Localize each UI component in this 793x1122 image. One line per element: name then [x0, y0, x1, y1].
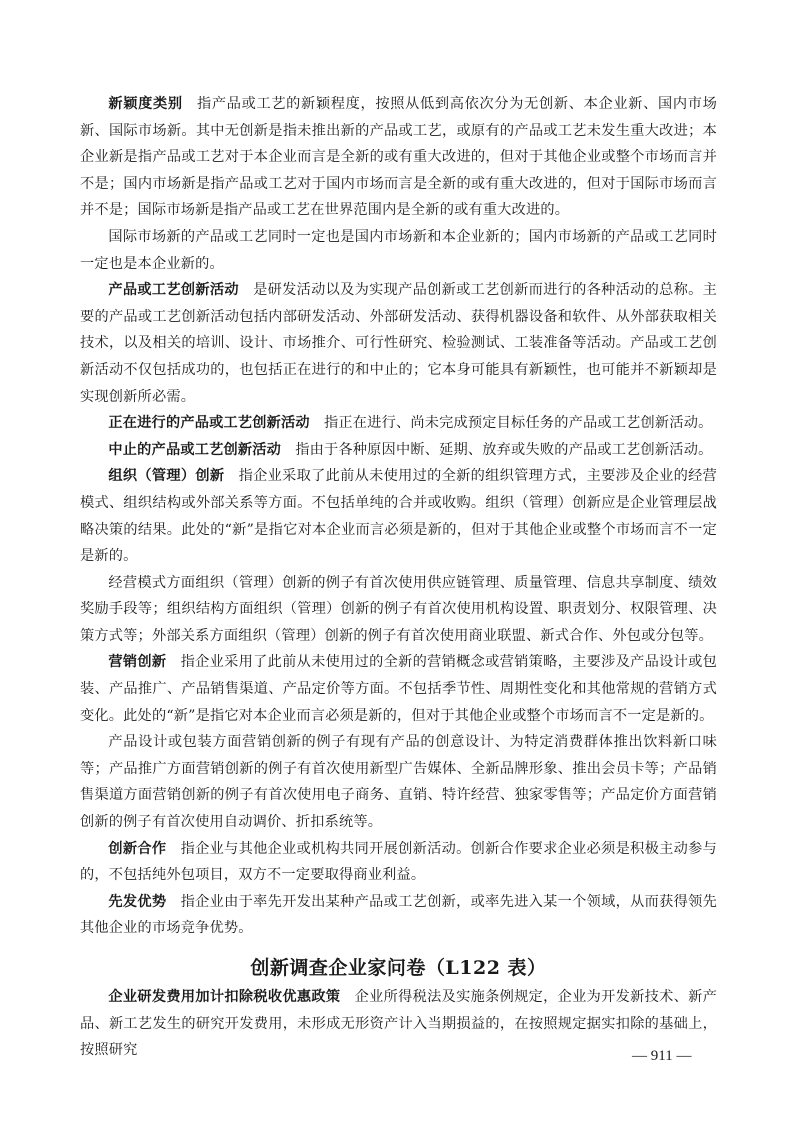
- page-number: — 911 —: [632, 1048, 691, 1065]
- term: 先发优势: [108, 894, 166, 910]
- definition-first-mover-advantage: 先发优势指企业由于率先开发出某种产品或工艺创新，或率先进入某一个领域，从而获得领…: [80, 889, 717, 942]
- definition-text: 指企业采用了此前从未使用过的全新的营销概念或营销策略，主要涉及产品设计或包装、产…: [80, 654, 717, 723]
- definition-novelty-category: 新颖度类别指产品或工艺的新颖程度，按照从低到高依次分为无创新、本企业新、国内市场…: [80, 91, 717, 224]
- definition-text: 指企业由于率先开发出某种产品或工艺创新，或率先进入某一个领域，从而获得领先其他企…: [80, 894, 717, 937]
- term: 产品或工艺创新活动: [108, 282, 239, 298]
- definition-aborted-activity: 中止的产品或工艺创新活动指由于各种原因中断、延期、放弃或失败的产品或工艺创新活动…: [80, 437, 717, 464]
- definition-rd-tax-deduction: 企业研发费用加计扣除税收优惠政策企业所得税法及实施条例规定，企业为开发新技术、新…: [80, 984, 717, 1064]
- definition-text: 指企业与其他企业或机构共同开展创新活动。创新合作要求企业必须是积极主动参与的，不…: [80, 841, 717, 884]
- term: 企业研发费用加计扣除税收优惠政策: [108, 989, 340, 1005]
- paragraph-organizational-examples: 经营模式方面组织（管理）创新的例子有首次使用供应链管理、质量管理、信息共享制度、…: [80, 570, 717, 650]
- definition-text: 指产品或工艺的新颖程度，按照从低到高依次分为无创新、本企业新、国内市场新、国际市…: [80, 96, 717, 218]
- paragraph-text: 产品设计或包装方面营销创新的例子有现有产品的创意设计、为特定消费群体推出饮料新口…: [80, 734, 717, 830]
- definition-text: 指由于各种原因中断、延期、放弃或失败的产品或工艺创新活动。: [295, 442, 712, 458]
- term: 正在进行的产品或工艺创新活动: [108, 415, 309, 431]
- definition-ongoing-activity: 正在进行的产品或工艺创新活动指正在进行、尚未完成预定目标任务的产品或工艺创新活动…: [80, 410, 717, 437]
- definition-organizational-innovation: 组织（管理）创新指企业采取了此前从未使用过的全新的组织管理方式，主要涉及企业的经…: [80, 463, 717, 569]
- paragraph-novelty-note: 国际市场新的产品或工艺同时一定也是国内市场新和本企业新的；国内市场新的产品或工艺…: [80, 224, 717, 277]
- definition-innovation-activity: 产品或工艺创新活动是研发活动以及为实现产品创新或工艺创新而进行的各种活动的总称。…: [80, 277, 717, 410]
- term: 新颖度类别: [108, 96, 182, 112]
- definition-marketing-innovation: 营销创新指企业采用了此前从未使用过的全新的营销概念或营销策略，主要涉及产品设计或…: [80, 649, 717, 729]
- definition-text: 是研发活动以及为实现产品创新或工艺创新而进行的各种活动的总称。主要的产品或工艺创…: [80, 282, 717, 404]
- term: 营销创新: [108, 654, 166, 670]
- term: 中止的产品或工艺创新活动: [108, 442, 281, 458]
- term: 组织（管理）创新: [108, 468, 224, 484]
- definition-innovation-cooperation: 创新合作指企业与其他企业或机构共同开展创新活动。创新合作要求企业必须是积极主动参…: [80, 836, 717, 889]
- definition-text: 指正在进行、尚未完成预定目标任务的产品或工艺创新活动。: [324, 415, 712, 431]
- paragraph-marketing-examples: 产品设计或包装方面营销创新的例子有现有产品的创意设计、为特定消费群体推出饮料新口…: [80, 729, 717, 835]
- page-body: 新颖度类别指产品或工艺的新颖程度，按照从低到高依次分为无创新、本企业新、国内市场…: [80, 91, 717, 1064]
- section-title: 创新调查企业家问卷（L122 表）: [80, 954, 717, 982]
- paragraph-text: 经营模式方面组织（管理）创新的例子有首次使用供应链管理、质量管理、信息共享制度、…: [80, 575, 717, 644]
- paragraph-text: 国际市场新的产品或工艺同时一定也是国内市场新和本企业新的；国内市场新的产品或工艺…: [80, 229, 717, 272]
- term: 创新合作: [108, 841, 166, 857]
